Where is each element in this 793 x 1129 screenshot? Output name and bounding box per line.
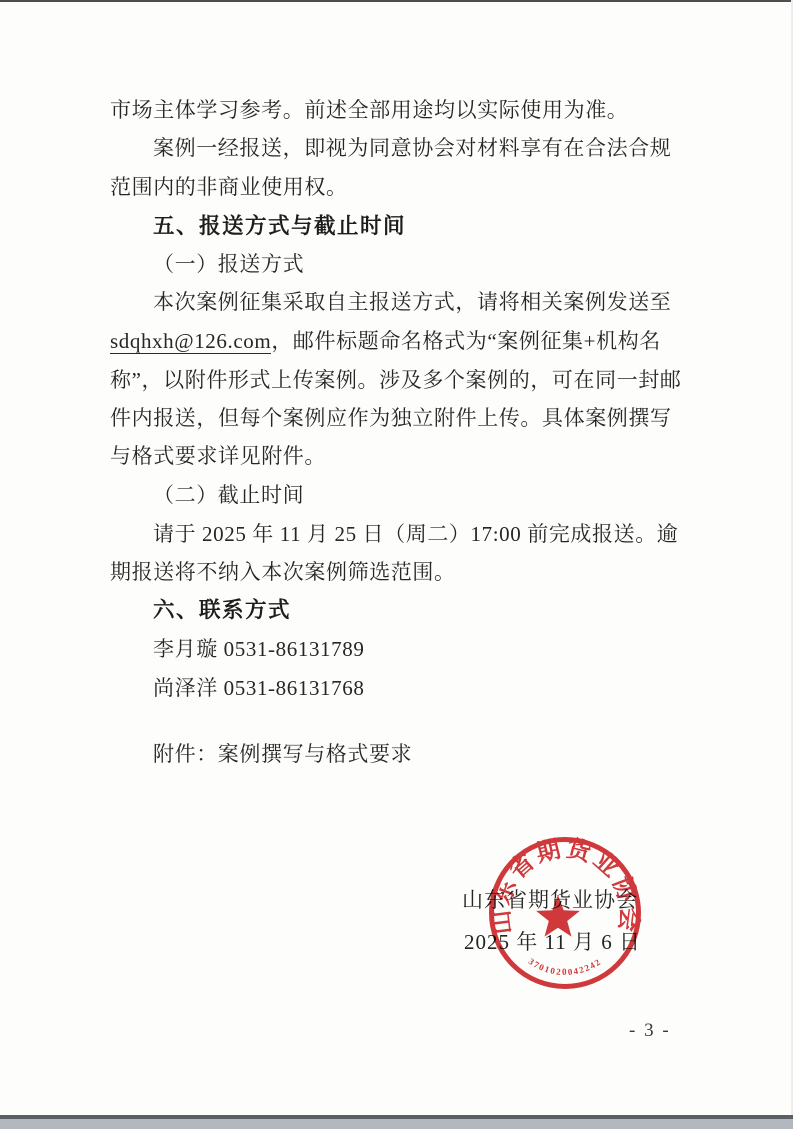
body-line: 件内报送，但每个案例应作为独立附件上传。具体案例撰写 bbox=[110, 404, 682, 436]
attachment-line: 附件：案例撰写与格式要求 bbox=[110, 740, 725, 772]
body-line: 与格式要求详见附件。 bbox=[110, 442, 682, 474]
body-line: 期报送将不纳入本次案例筛选范围。 bbox=[110, 558, 682, 590]
body-line: 案例一经报送，即视为同意协会对材料享有在合法合规 bbox=[110, 134, 725, 166]
section-heading-5: 五、报送方式与截止时间 bbox=[110, 212, 725, 244]
subsection-heading-2: （二）截止时间 bbox=[110, 481, 725, 513]
official-seal-stamp: 山东省期货业协会 3701020042242 bbox=[482, 830, 648, 996]
email-address: sdqhxh@126.com bbox=[110, 329, 271, 354]
scan-edge-top bbox=[0, 0, 793, 2]
body-line: 范围内的非商业使用权。 bbox=[110, 173, 682, 205]
body-line: 市场主体学习参考。前述全部用途均以实际使用为准。 bbox=[110, 96, 682, 128]
subsection-heading-1: （一）报送方式 bbox=[110, 250, 725, 282]
contact-line-1: 李月璇 0531-86131789 bbox=[110, 635, 725, 667]
section-heading-6: 六、联系方式 bbox=[110, 596, 725, 628]
contact-line-2: 尚泽洋 0531-86131768 bbox=[110, 674, 725, 706]
body-line: 本次案例征集采取自主报送方式，请将相关案例发送至 bbox=[110, 288, 725, 320]
body-line: 请于 2025 年 11 月 25 日（周二）17:00 前完成报送。逾 bbox=[110, 520, 725, 552]
seal-code-text: 3701020042242 bbox=[527, 956, 604, 977]
scan-edge-bottom-band bbox=[0, 1119, 793, 1129]
body-line-rest: ，邮件标题命名格式为“案例征集+机构名 bbox=[271, 329, 661, 353]
document-page: 市场主体学习参考。前述全部用途均以实际使用为准。 案例一经报送，即视为同意协会对… bbox=[0, 0, 793, 1129]
star-icon bbox=[536, 895, 580, 937]
body-line-email: sdqhxh@126.com，邮件标题命名格式为“案例征集+机构名 bbox=[110, 327, 682, 359]
body-line: 称”，以附件形式上传案例。涉及多个案例的，可在同一封邮 bbox=[110, 366, 682, 398]
page-number: - 3 - bbox=[629, 1020, 671, 1042]
